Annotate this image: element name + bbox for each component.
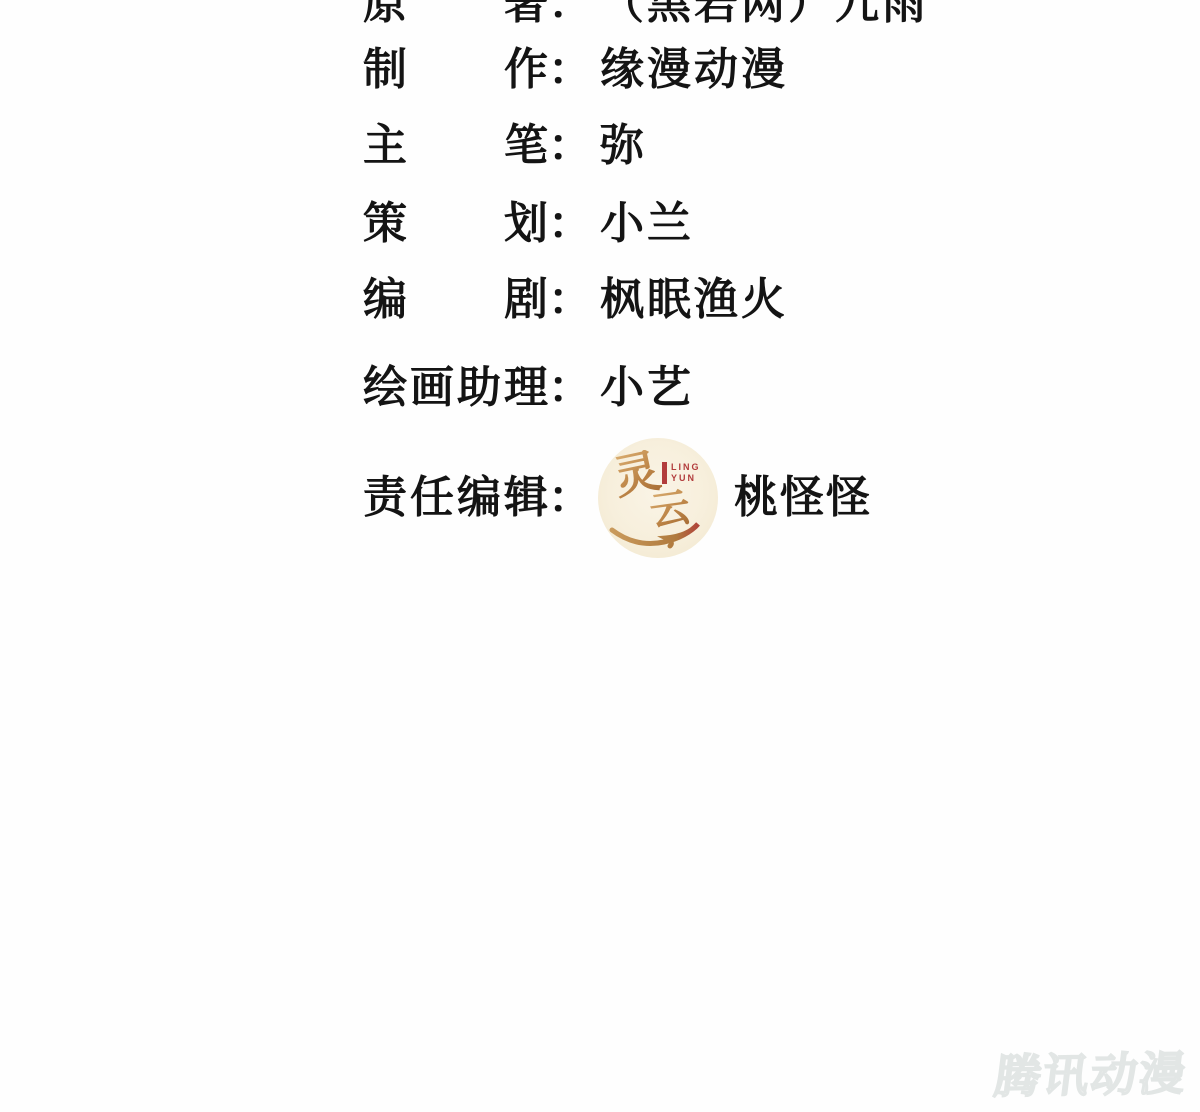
logo-latin-text: LING YUN bbox=[671, 462, 701, 484]
credit-value: 小艺 bbox=[600, 366, 694, 410]
tencent-comics-watermark: 腾讯动漫 bbox=[992, 1050, 1190, 1099]
credit-colon: ： bbox=[548, 48, 592, 92]
credit-colon: ： bbox=[548, 124, 592, 168]
credit-row-production: 制作：缘漫动漫 bbox=[363, 48, 788, 92]
comic-credits-page: 原著：（黑岩网）九雨 制作：缘漫动漫 主笔：弥 策划：小兰 编剧：枫眠渔火 绘画… bbox=[0, 0, 1200, 1112]
credit-label: 制作 bbox=[363, 48, 548, 92]
credit-label: 责任编辑 bbox=[363, 476, 548, 520]
credit-label: 主笔 bbox=[363, 124, 548, 168]
logo-latin-line1: LING bbox=[671, 462, 701, 473]
logo-latin-line2: YUN bbox=[671, 473, 701, 484]
credit-row-screenwriter: 编剧：枫眠渔火 bbox=[363, 278, 788, 322]
credit-value: 枫眠渔火 bbox=[600, 278, 788, 322]
credit-value: 弥 bbox=[600, 124, 647, 168]
credit-label: 策划 bbox=[363, 202, 548, 246]
credit-row-planner: 策划：小兰 bbox=[363, 202, 694, 246]
credit-row-responsible-editor: 责任编辑： 灵 云 bbox=[363, 438, 872, 558]
credit-row-original-author: 原著：（黑岩网）九雨 bbox=[363, 0, 929, 26]
credit-row-lead-artist: 主笔：弥 bbox=[363, 124, 647, 168]
logo-char-yun: 云 bbox=[647, 487, 692, 532]
credit-colon: ： bbox=[548, 476, 592, 520]
credit-row-art-assistant: 绘画助理：小艺 bbox=[363, 366, 694, 410]
credit-colon: ： bbox=[548, 278, 592, 322]
logo-latin-label: LING YUN bbox=[662, 462, 701, 484]
credit-value: 缘漫动漫 bbox=[600, 48, 788, 92]
logo-red-bar bbox=[662, 462, 667, 484]
credit-value: （黑岩网）九雨 bbox=[600, 0, 929, 26]
credits-list: 原著：（黑岩网）九雨 制作：缘漫动漫 主笔：弥 策划：小兰 编剧：枫眠渔火 绘画… bbox=[0, 0, 1200, 1112]
credit-colon: ： bbox=[548, 366, 592, 410]
lingyun-studio-logo: 灵 云 LING YUN bbox=[598, 438, 718, 558]
credit-label: 原著 bbox=[363, 0, 548, 26]
credit-colon: ： bbox=[548, 202, 592, 246]
credit-colon: ： bbox=[548, 0, 592, 26]
credit-value: 小兰 bbox=[600, 202, 694, 246]
credit-value: 桃怪怪 bbox=[734, 476, 872, 520]
credit-label: 绘画助理 bbox=[363, 366, 548, 410]
credit-label: 编剧 bbox=[363, 278, 548, 322]
